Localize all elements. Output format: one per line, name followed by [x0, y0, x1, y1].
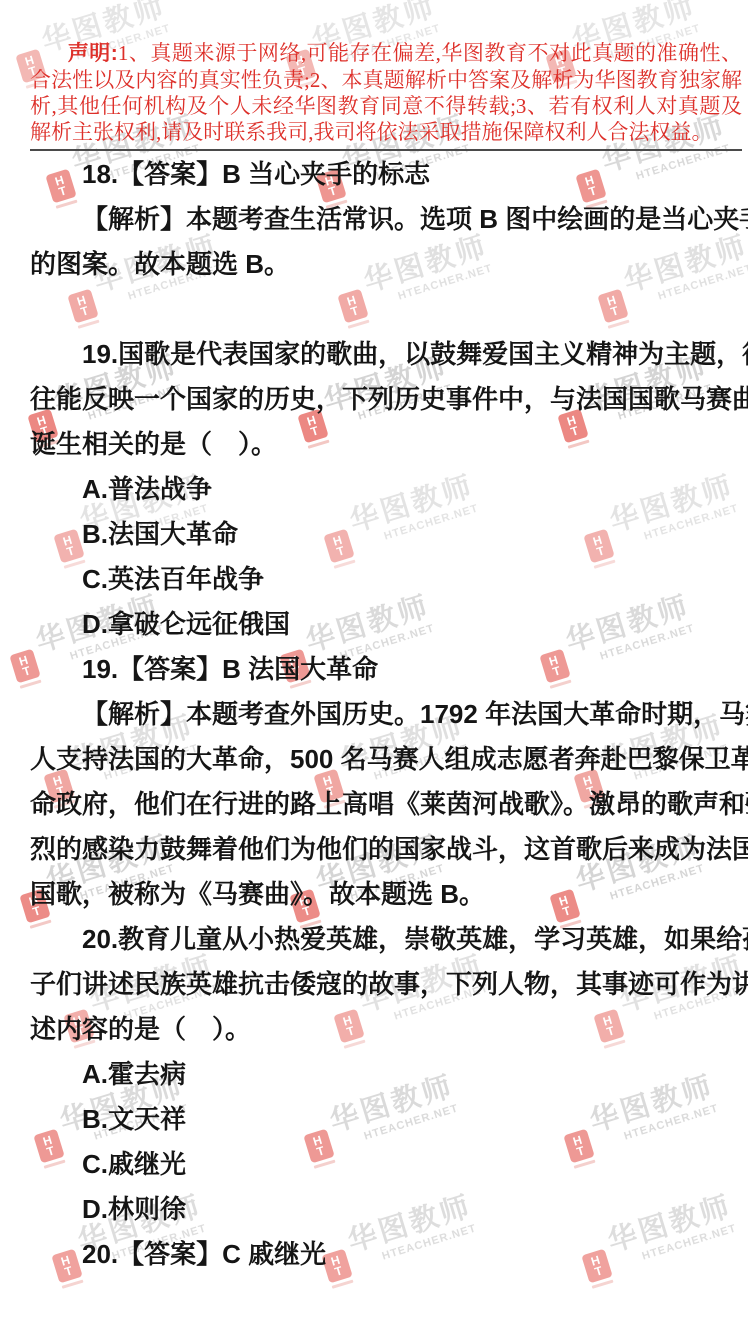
watermark-mini-mark	[592, 1280, 614, 1289]
text-line: 述内容的是（ ）。	[30, 1007, 718, 1052]
text-line: 19.【答案】B 法国大革命	[30, 647, 718, 692]
text-line: 诞生相关的是（ ）。	[30, 422, 718, 467]
text-line: 国歌，被称为《马赛曲》。故本题选 B。	[30, 872, 718, 917]
text-line: 命政府，他们在行进的路上高唱《莱茵河战歌》。激昂的歌声和强	[30, 782, 718, 827]
text-line: A.霍去病	[30, 1052, 718, 1097]
text-line: 20.【答案】C 戚继光	[30, 1232, 718, 1277]
text-line: 18.【答案】B 当心夹手的标志	[30, 152, 718, 197]
text-line: 往能反映一个国家的历史，下列历史事件中，与法国国歌马赛曲	[30, 377, 718, 422]
text-line: D.林则徐	[30, 1187, 718, 1232]
watermark-mini-mark	[332, 1280, 354, 1289]
text-line: 19.国歌是代表国家的歌曲，以鼓舞爱国主义精神为主题，往	[30, 332, 718, 377]
text-line: 【解析】本题考查外国历史。1792 年法国大革命时期，马赛	[30, 692, 718, 737]
document-page: HT华图教师HTEACHER.NETHT华图教师HTEACHER.NETHT华图…	[0, 0, 748, 1335]
text-line: 【解析】本题考查生活常识。选项 B 图中绘画的是当心夹手	[30, 197, 718, 242]
text-line: C.英法百年战争	[30, 557, 718, 602]
exam-content: 18.【答案】B 当心夹手的标志【解析】本题考查生活常识。选项 B 图中绘画的是…	[30, 152, 718, 1277]
watermark-mini-mark	[62, 1280, 84, 1289]
disclaimer-text: 1、真题来源于网络,可能存在偏差,华图教育不对此真题的准确性、合法性以及内容的真…	[30, 41, 742, 144]
text-line: 烈的感染力鼓舞着他们为他们的国家战斗，这首歌后来成为法国	[30, 827, 718, 872]
text-line	[30, 287, 718, 332]
text-line: 20.教育儿童从小热爱英雄，崇敬英雄，学习英雄，如果给孩	[30, 917, 718, 962]
document-body: 声明:1、真题来源于网络,可能存在偏差,华图教育不对此真题的准确性、合法性以及内…	[0, 40, 748, 1277]
disclaimer-notice: 声明:1、真题来源于网络,可能存在偏差,华图教育不对此真题的准确性、合法性以及内…	[30, 40, 742, 151]
disclaimer-label: 声明:	[68, 42, 118, 65]
text-line: D.拿破仑远征俄国	[30, 602, 718, 647]
text-line: 的图案。故本题选 B。	[30, 242, 718, 287]
text-line: A.普法战争	[30, 467, 718, 512]
text-line: C.戚继光	[30, 1142, 718, 1187]
text-line: 人支持法国的大革命，500 名马赛人组成志愿者奔赴巴黎保卫革	[30, 737, 718, 782]
text-line: B.法国大革命	[30, 512, 718, 557]
text-line: B.文天祥	[30, 1097, 718, 1142]
text-line: 子们讲述民族英雄抗击倭寇的故事，下列人物，其事迹可作为讲	[30, 962, 718, 1007]
